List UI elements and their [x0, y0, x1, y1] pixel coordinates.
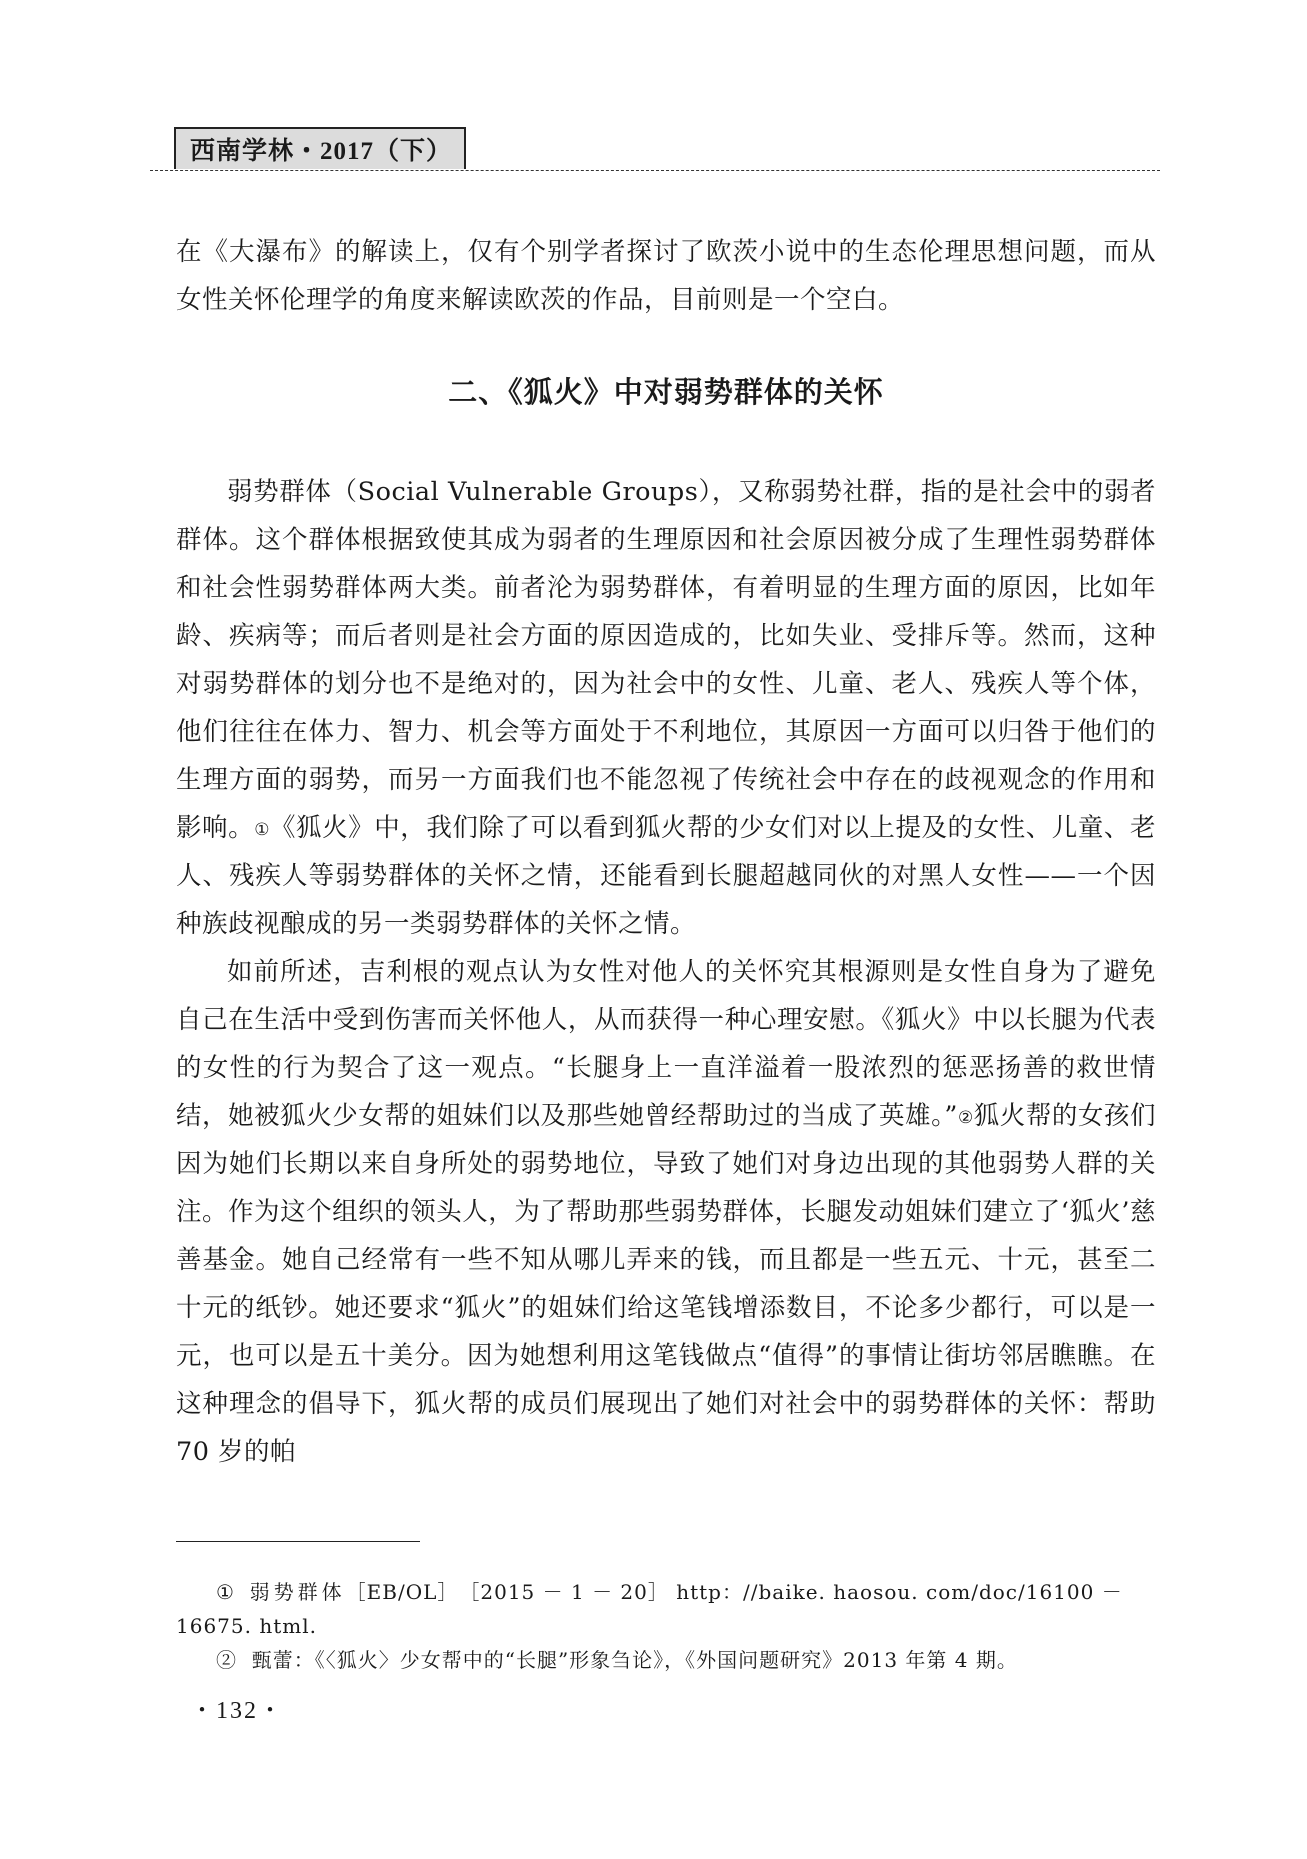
- footnote-ref-1[interactable]: ①: [254, 820, 270, 840]
- footnote-2-marker: ②: [216, 1648, 237, 1672]
- page-number: ・132・: [190, 1690, 284, 1725]
- footnote-1-marker: ①: [216, 1580, 235, 1604]
- footnote-separator: [176, 1541, 420, 1542]
- footnote-2: ② 甄蕾：《〈狐火〉少女帮中的“长腿”形象刍论》，《外国问题研究》2013 年第…: [176, 1643, 1156, 1677]
- paragraph-2-text-b: 狐火帮的女孩们因为她们长期以来自身所处的弱势地位，导致了她们对身边出现的其他弱势…: [176, 1101, 1156, 1467]
- intro-paragraph: 在《大瀑布》的解读上，仅有个别学者探讨了欧茨小说中的生态伦理思想问题，而从女性关…: [176, 228, 1156, 324]
- main-body: 弱势群体（Social Vulnerable Groups），又称弱势社群，指的…: [176, 468, 1156, 1476]
- section-heading: 二、《狐火》中对弱势群体的关怀: [176, 370, 1156, 411]
- paragraph-1-text-a: 弱势群体（Social Vulnerable Groups），又称弱势社群，指的…: [176, 477, 1156, 843]
- footnote-1: ① 弱势群体［EB/OL］ ［2015 － 1 － 20］ http：//bai…: [176, 1575, 1156, 1643]
- footnote-2-text: 甄蕾：《〈狐火〉少女帮中的“长腿”形象刍论》，《外国问题研究》2013 年第 4…: [252, 1648, 1018, 1672]
- paragraph-1: 弱势群体（Social Vulnerable Groups），又称弱势社群，指的…: [176, 468, 1156, 948]
- journal-title: 西南学林・2017（下）: [190, 131, 452, 167]
- intro-text: 在《大瀑布》的解读上，仅有个别学者探讨了欧茨小说中的生态伦理思想问题，而从女性关…: [176, 228, 1156, 324]
- paragraph-1-text-b: 《狐火》中，我们除了可以看到狐火帮的少女们对以上提及的女性、儿童、老人、残疾人等…: [176, 813, 1156, 939]
- header-dashed-rule: [150, 170, 1160, 171]
- footnote-1-title: 弱势群体: [250, 1580, 346, 1604]
- running-head: 西南学林・2017（下）: [174, 127, 466, 169]
- footnotes: ① 弱势群体［EB/OL］ ［2015 － 1 － 20］ http：//bai…: [176, 1575, 1156, 1677]
- footnote-ref-2[interactable]: ②: [958, 1108, 974, 1128]
- paragraph-2: 如前所述，吉利根的观点认为女性对他人的关怀究其根源则是女性自身为了避免自己在生活…: [176, 948, 1156, 1476]
